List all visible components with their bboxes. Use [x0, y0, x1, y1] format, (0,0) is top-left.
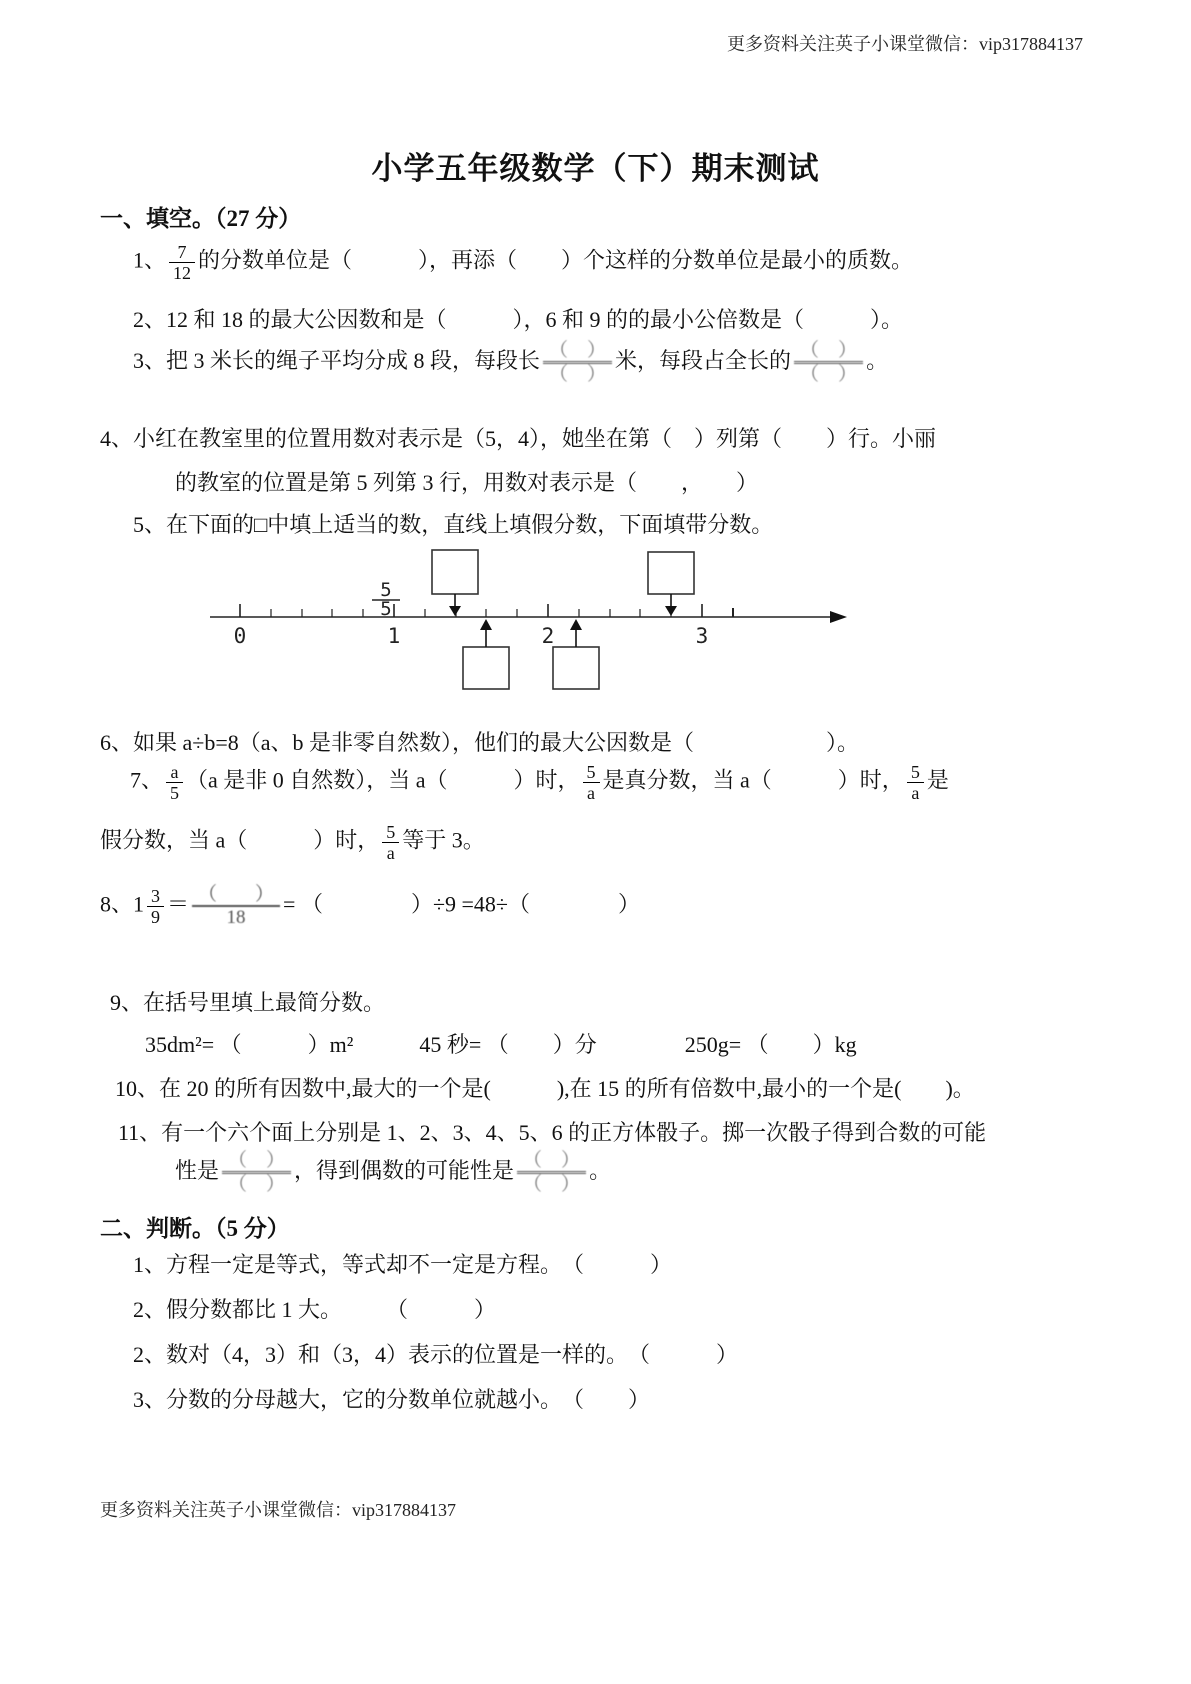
fraction-7-12: 712	[169, 242, 195, 283]
tick-label-3: 3	[696, 624, 709, 648]
question-2-text: 2、12 和 18 的最大公因数和是（ ），6 和 9 的的最小公倍数是（ ）。	[133, 307, 903, 332]
fraction-a-5: a5	[166, 762, 183, 803]
answer-box-above-1	[432, 550, 478, 616]
worksheet-page: 更多资料关注英子小课堂微信：vip317884137 小学五年级数学（下）期末测…	[0, 0, 1191, 1684]
question-2: 2、12 和 18 的最大公因数和是（ ），6 和 9 的的最小公倍数是（ ）。	[133, 305, 903, 335]
footer-note: 更多资料关注英子小课堂微信：vip317884137	[100, 1496, 456, 1522]
fraction-blank: （ ）（ ）	[543, 340, 612, 386]
answer-box-below-2	[553, 619, 599, 689]
question-5: 5、在下面的□中填上适当的数，直线上填假分数，下面填带分数。	[133, 510, 773, 540]
question-1-label: 1、	[133, 248, 166, 273]
question-3-text-2: 米，每段占全长的	[615, 348, 791, 373]
judgment-item-4: 3、分数的分母越大，它的分数单位就越小。 （ ）	[133, 1385, 650, 1415]
question-7-label: 7、	[130, 768, 163, 793]
answer-box-above-2	[648, 552, 694, 616]
question-11-line2: 性是（ ）（ ），得到偶数的可能性是（ ）（ ）。	[175, 1150, 611, 1196]
question-8-text: = （ ）÷9 =48÷（ ）	[283, 891, 640, 916]
answer-box-below-1	[463, 619, 509, 689]
question-3-text-1: 3、把 3 米长的绳子平均分成 8 段，每段长	[133, 348, 540, 373]
question-3-text-3: 。	[866, 348, 888, 373]
question-1: 1、712的分数单位是（ ），再添（ ）个这样的分数单位是最小的质数。	[133, 242, 913, 283]
tick-label-0: 0	[234, 624, 247, 648]
question-4-line1: 4、小红在教室里的位置用数对表示是（5，4），她坐在第（ ）列第（ ）行。小丽	[100, 424, 936, 454]
fraction-blank: （ ）（ ）	[794, 340, 863, 386]
judgment-item-1: 1、方程一定是等式，等式却不一定是方程。 （ ）	[133, 1250, 672, 1280]
question-7-text-5: 等于 3。	[402, 828, 485, 853]
question-8: 8、139＝（ ）18= （ ）÷9 =48÷（ ）	[100, 884, 640, 929]
question-8-label: 8、1	[100, 891, 144, 916]
question-11-text-1: 性是	[175, 1158, 219, 1183]
question-1-text: 的分数单位是（ ），再添（ ）个这样的分数单位是最小的质数。	[198, 248, 913, 273]
answer-box	[432, 550, 478, 594]
question-4-line2: 的教室的位置是第 5 列第 3 行，用数对表示是（ ， ）	[175, 468, 758, 498]
answer-box	[553, 647, 599, 689]
question-11-text-2: ，得到偶数的可能性是	[294, 1158, 514, 1183]
fraction-5-a: 5a	[382, 822, 399, 863]
answer-box	[463, 647, 509, 689]
question-7-line2: 假分数，当 a（ ）时，5a等于 3。	[100, 822, 485, 863]
fraction-blank: （ ）（ ）	[222, 1150, 291, 1196]
number-line-svg: 0 1 2 3 5 5	[110, 545, 870, 697]
question-7-text-2: 是真分数，当 a（ ）时，	[603, 768, 904, 793]
question-10: 10、在 20 的所有因数中,最大的一个是( ),在 15 的所有倍数中,最小的…	[115, 1074, 975, 1104]
svg-text:5: 5	[380, 598, 391, 620]
question-3: 3、把 3 米长的绳子平均分成 8 段，每段长（ ）（ ）米，每段占全长的（ ）…	[133, 340, 888, 386]
question-7-line1: 7、a5（a 是非 0 自然数），当 a（ ）时，5a是真分数，当 a（ ）时，…	[130, 762, 949, 803]
judgment-item-3: 2、数对（4，3）和（3，4）表示的位置是一样的。 （ ）	[133, 1340, 738, 1370]
question-7-text-1: （a 是非 0 自然数），当 a（ ）时，	[186, 768, 580, 793]
section2-heading: 二、判断。（5 分）	[100, 1210, 290, 1243]
question-9-conversions: 35dm²= （ ）m² 45 秒= （ ）分 250g= （ ）kg	[145, 1030, 857, 1060]
fraction-blank-over-18: （ ）18	[192, 884, 280, 929]
up-arrow-icon	[480, 619, 492, 630]
fraction-5-a: 5a	[907, 762, 924, 803]
page-title: 小学五年级数学（下）期末测试	[0, 143, 1191, 188]
fraction-5-a: 5a	[583, 762, 600, 803]
question-11-line1: 11、有一个六个面上分别是 1、2、3、4、5、6 的正方体骰子。掷一次骰子得到…	[118, 1118, 986, 1148]
tick-label-1: 1	[388, 624, 401, 648]
judgment-item-2: 2、假分数都比 1 大。 （ ）	[133, 1295, 496, 1325]
question-7-text-4: 假分数，当 a（ ）时，	[100, 828, 379, 853]
up-arrow-icon	[570, 619, 582, 630]
question-9: 9、在括号里填上最简分数。	[110, 988, 385, 1018]
down-arrow-icon	[449, 606, 461, 616]
fraction-3-9: 39	[147, 886, 164, 927]
answer-box	[648, 552, 694, 594]
right-arrow-icon	[830, 611, 847, 623]
tick-label-2: 2	[542, 624, 555, 648]
header-note: 更多资料关注英子小课堂微信：vip317884137	[727, 30, 1083, 56]
number-line-diagram: 0 1 2 3 5 5	[110, 545, 870, 697]
question-8-equals: ＝	[167, 891, 189, 916]
fraction-blank: （ ）（ ）	[517, 1150, 586, 1196]
question-11-text-3: 。	[589, 1158, 611, 1183]
question-6: 6、如果 a÷b=8（a、b 是非零自然数），他们的最大公因数是（ ）。	[100, 728, 859, 758]
section1-heading: 一、填空。（27 分）	[100, 200, 301, 233]
question-7-text-3: 是	[927, 768, 949, 793]
fraction-5-5: 5 5	[372, 579, 400, 620]
down-arrow-icon	[665, 606, 677, 616]
